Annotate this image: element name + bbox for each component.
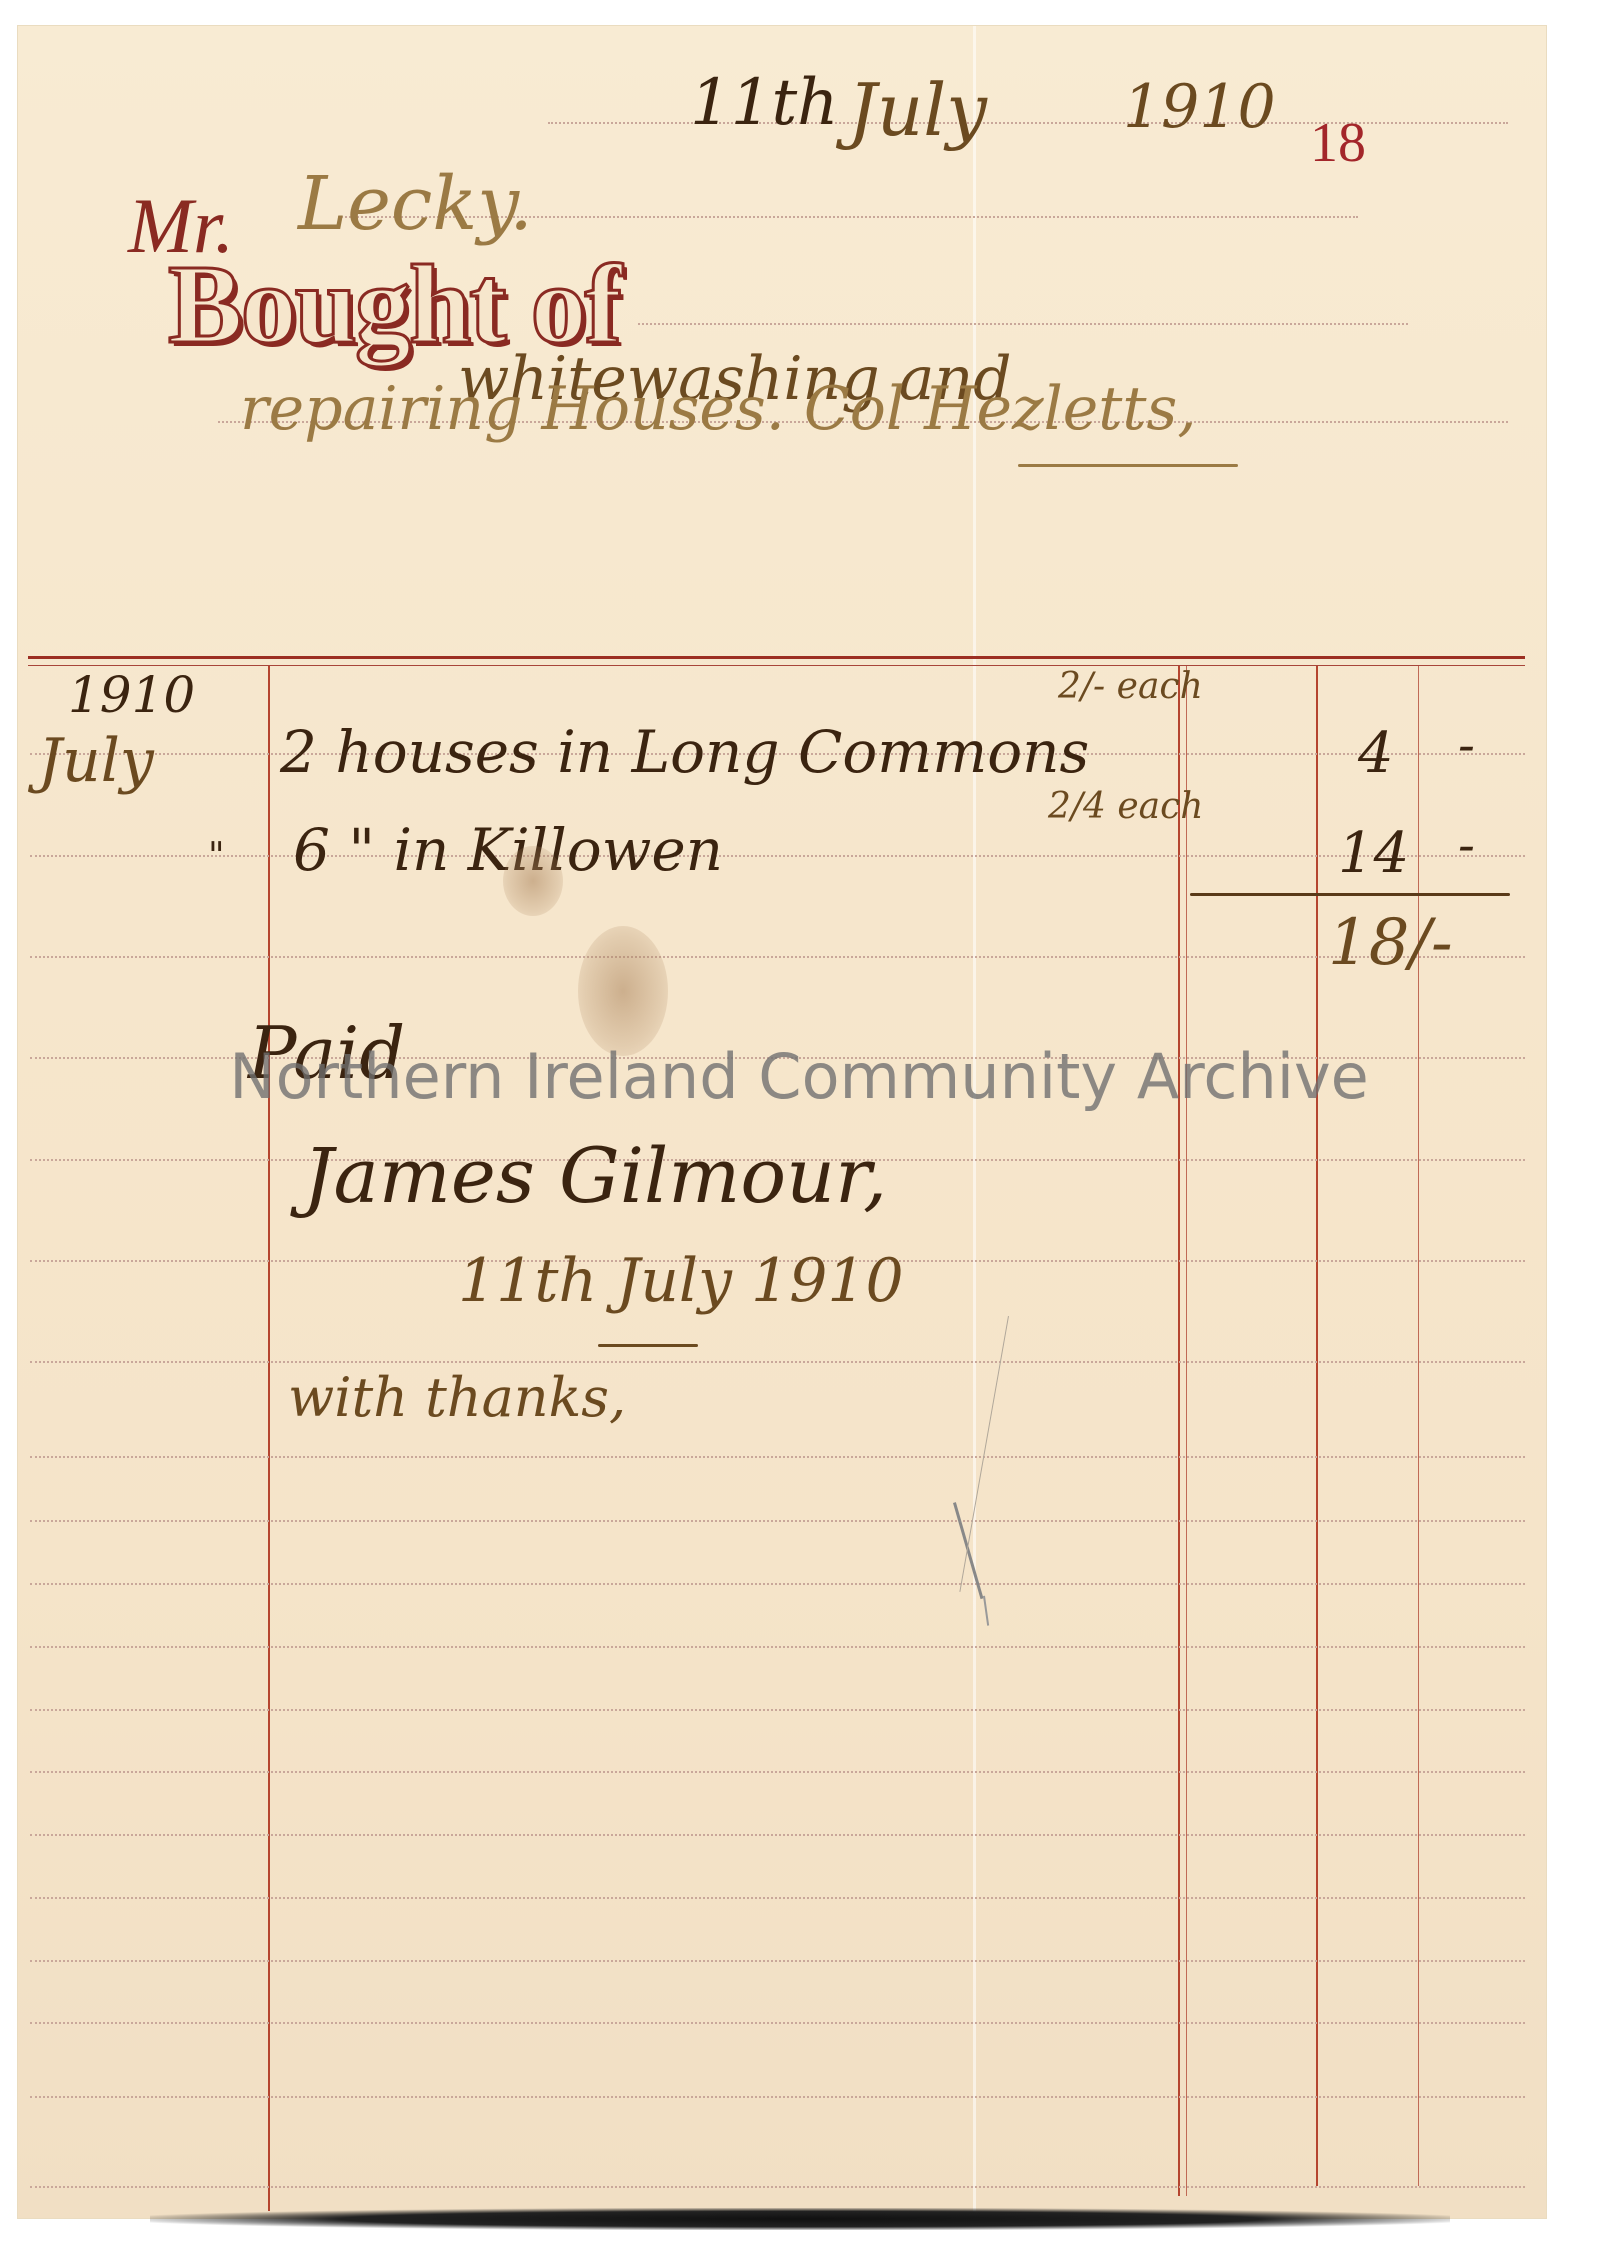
ledger-row-line: [30, 2186, 1525, 2188]
row-1-description: 2 houses in Long Commons: [280, 718, 1089, 786]
ledger-row-line: [30, 1897, 1525, 1899]
paid-date: 11th July 1910: [458, 1246, 904, 1316]
ledger-row-line: [30, 1361, 1525, 1363]
date-column-rule: [268, 666, 270, 2211]
ledger-row-line: [30, 2096, 1525, 2098]
rate-column-rule-b: [1186, 666, 1187, 2196]
ledger-row-line: [30, 1709, 1525, 1711]
ledger-row-line: [30, 1834, 1525, 1836]
signature: James Gilmour,: [303, 1131, 887, 1220]
vendor-line-2: repairing Houses. Col Hezletts,: [240, 374, 1196, 444]
row-1-shillings: 4: [1358, 721, 1394, 786]
row-1-rate: 2/- each: [1058, 666, 1203, 707]
closing-text: with thanks,: [288, 1366, 626, 1429]
ledger-row-line: [30, 1646, 1525, 1648]
date-month: July: [848, 68, 987, 152]
paid-date-underline: [598, 1344, 698, 1347]
ditto-mark: ": [208, 836, 225, 877]
ledger-top-rule: [28, 656, 1525, 666]
vendor-underline: [1018, 464, 1238, 467]
rate-column-rule-a: [1178, 666, 1180, 2196]
ink-stain: [503, 846, 563, 916]
vendor-dotted-line-1: [638, 323, 1408, 325]
row-2-rate: 2/4 each: [1048, 786, 1204, 827]
row-2-shillings: 14: [1338, 821, 1409, 886]
archive-watermark: Northern Ireland Community Archive: [0, 1040, 1598, 1113]
receipt-paper: 11th July 1910 18 Mr. Lecky. Bought of w…: [18, 26, 1546, 2218]
customer-name: Lecky.: [298, 161, 533, 247]
ledger-row-line: [30, 1456, 1525, 1458]
ledger-row-line: [30, 1583, 1525, 1585]
ledger-row-line: [30, 956, 1525, 958]
row-1-pence: -: [1458, 716, 1475, 774]
total-rule: [1190, 893, 1510, 896]
date-day: 11th: [690, 66, 838, 140]
pencil-check-mark: [983, 1596, 989, 1626]
ledger-month: July: [38, 726, 154, 796]
paper-shadow: [150, 2208, 1450, 2230]
ledger-row-line: [30, 1960, 1525, 1962]
ledger-row-line: [30, 1520, 1525, 1522]
printed-year-suffix: 18: [1310, 111, 1366, 175]
ledger-row-line: [30, 1771, 1525, 1773]
ledger-year: 1910: [68, 666, 195, 724]
pencil-check-mark: [959, 1316, 1009, 1592]
total-amount: 18/-: [1328, 906, 1453, 980]
ledger-row-line: [30, 855, 1525, 857]
date-year-handwritten: 1910: [1123, 72, 1276, 142]
row-2-pence: -: [1458, 816, 1475, 874]
ink-stain: [578, 926, 668, 1056]
ledger-row-line: [30, 2022, 1525, 2024]
